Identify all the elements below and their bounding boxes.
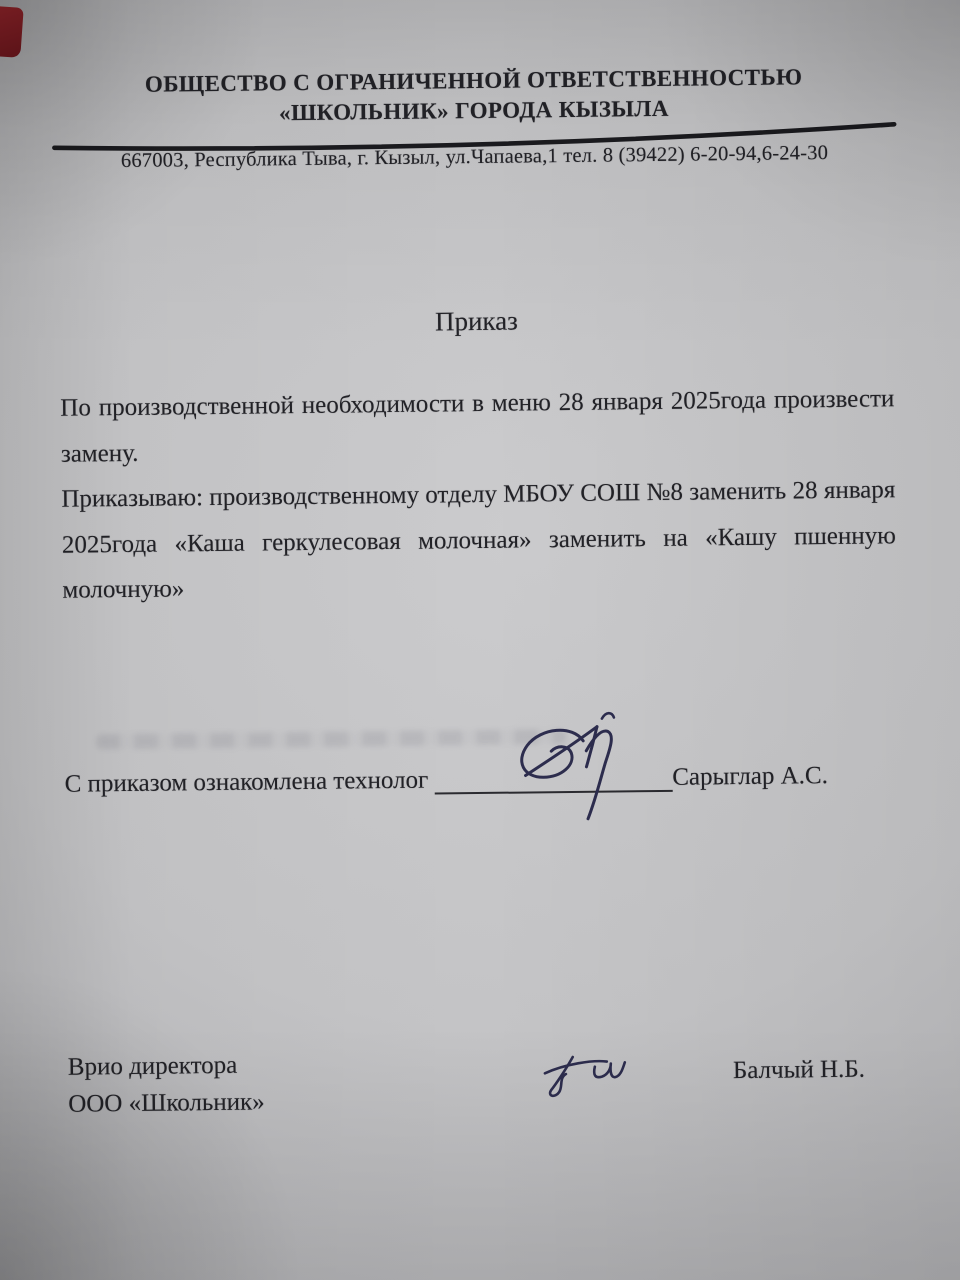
document-title: Приказ <box>0 301 957 343</box>
corner-mark <box>0 6 24 58</box>
acknowledgement-row: С приказом ознакомлена технолог Сарыглар… <box>64 762 864 799</box>
body-paragraph-1: По производственной необходимости в меню… <box>60 376 895 476</box>
technologist-signature <box>499 700 640 824</box>
document-page: ОБЩЕСТВО С ОГРАНИЧЕННОЙ ОТВЕТСТВЕННОСТЬЮ… <box>0 0 960 1280</box>
signatory-position-line2: ООО «Школьник» <box>68 1083 265 1122</box>
bleed-through-smudge <box>96 729 566 749</box>
acknowledgement-label: С приказом ознакомлена технолог <box>64 767 428 799</box>
director-signature <box>539 1048 632 1099</box>
document-photo: ОБЩЕСТВО С ОГРАНИЧЕННОЙ ОТВЕТСТВЕННОСТЬЮ… <box>0 0 960 1280</box>
document-body: По производственной необходимости в меню… <box>60 376 897 613</box>
signatory-position-line1: Врио директора <box>68 1046 265 1085</box>
body-paragraph-2: Приказываю: производственному отделу МБО… <box>61 467 896 613</box>
director-name: Балчый Н.Б. <box>733 1056 865 1085</box>
signatory-position: Врио директора ООО «Школьник» <box>68 1046 265 1122</box>
acknowledgement-signee: Сарыглар А.С. <box>672 762 828 792</box>
